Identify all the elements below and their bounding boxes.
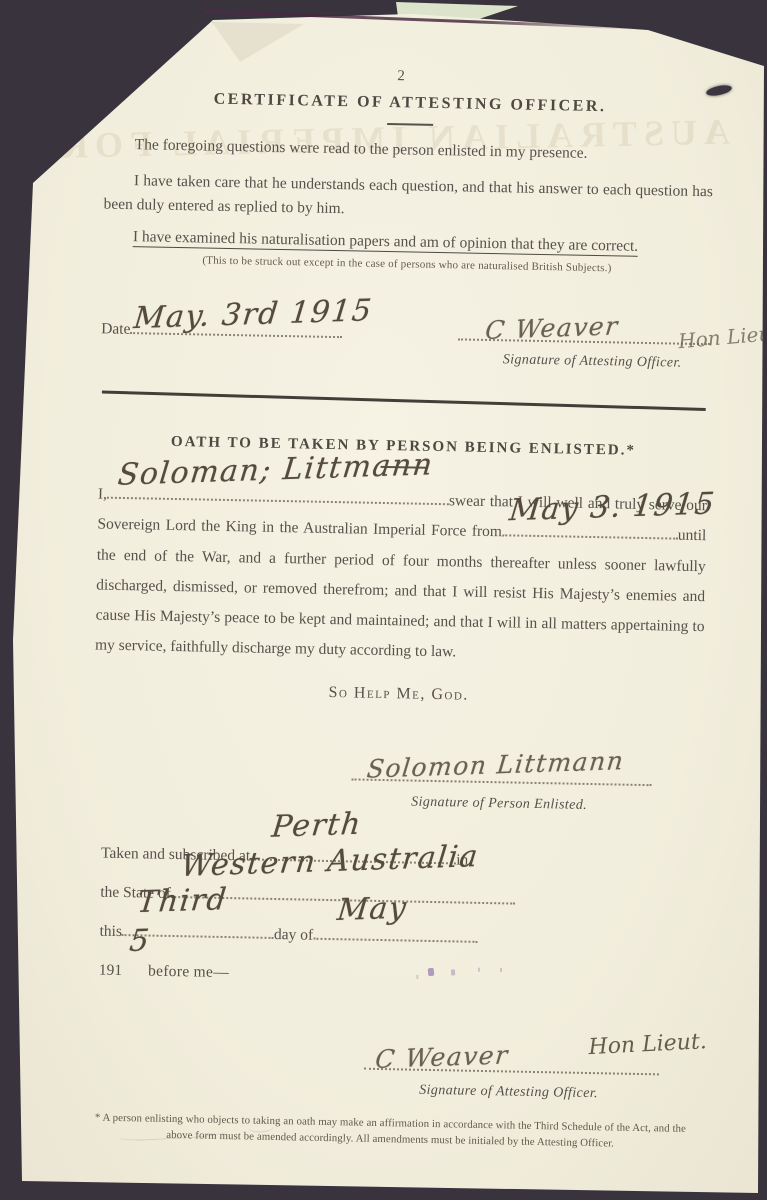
so-help-me-god: So Help Me, God. — [94, 679, 703, 709]
section-divider — [102, 390, 706, 410]
month-line: May — [313, 923, 477, 943]
officer-signature-line: C Weaver — [458, 323, 710, 345]
date-field: DateMay. 3rd 1915 — [101, 317, 343, 343]
handwritten-oath-date: May 3. 1915 — [506, 475, 718, 541]
oath-date-line: May 3. 1915 — [502, 520, 678, 540]
affirmation-footnote: * A person enlisting who objects to taki… — [86, 1110, 695, 1153]
certificate-date-signature-row: DateMay. 3rd 1915 C Weaver Hon Lieut. — [101, 317, 710, 350]
underlined-sentence: I have examined his naturalisation paper… — [133, 228, 639, 257]
title-rule — [387, 123, 433, 126]
year-digit-slot: 5 — [122, 960, 148, 975]
person-signature-block: Solomon Littmann Signature of Person Enl… — [345, 764, 658, 816]
person-signature-label: Signature of Person Enlisted. — [345, 794, 653, 816]
oath-text-2: until the end of the War, and a further … — [95, 527, 707, 661]
page-number: 2 — [106, 63, 697, 91]
bottom-officer-signature-block: Hon Lieut. C Weaver Signature of Attesti… — [345, 1053, 676, 1104]
oath-pronoun: I, — [98, 486, 107, 503]
date-line: May. 3rd 1915 — [130, 317, 342, 338]
date-label: Date — [101, 320, 131, 338]
person-signature-line: Solomon Littmann — [352, 764, 652, 786]
certificate-title: CERTIFICATE OF ATTESTING OFFICER. — [105, 89, 714, 119]
handwritten-officer-signature: C Weaver — [484, 311, 620, 345]
before-me-label: before me— — [148, 962, 229, 981]
handwritten-person-signature: Solomon Littmann — [365, 746, 626, 784]
bottom-officer-signature-label: Signature of Attesting Officer. — [345, 1081, 671, 1103]
certificate-paragraph-1: The foregoing questions were read to the… — [104, 133, 713, 168]
officer-signature-field: C Weaver Hon Lieut. — [458, 323, 710, 350]
handwritten-month: May — [333, 870, 411, 948]
certificate-paragraph-2: I have taken care that he understands ea… — [103, 169, 713, 227]
oath-paragraph: I,Soloman; Littmannswear that I will wel… — [95, 480, 707, 673]
officer-signature-label: Signature of Attesting Officer. — [101, 344, 682, 371]
document-paper: AUSTRALIAN IMPERIAL FORCE 2 CERTIFICATE … — [0, 0, 767, 1200]
this-label: this — [99, 922, 122, 939]
attestation-block: Taken and subscribed atPerthin the State… — [98, 835, 700, 1001]
handwritten-rank: Hon Lieut. — [678, 320, 767, 353]
oath-name-line: Soloman; Littmann — [107, 482, 449, 505]
handwritten-bottom-officer-signature: C Weaver — [373, 1040, 509, 1074]
handwritten-bottom-rank: Hon Lieut. — [588, 1029, 707, 1060]
day-of-label: day of — [274, 926, 313, 944]
document-content: 2 CERTIFICATE OF ATTESTING OFFICER. The … — [0, 0, 767, 1200]
year-prefix: 191 — [99, 961, 123, 978]
handwritten-oath-name: Soloman; Littmann — [115, 436, 437, 505]
scanned-document-scene: AUSTRALIAN IMPERIAL FORCE 2 CERTIFICATE … — [0, 0, 767, 1200]
handwritten-date: May. 3rd 1915 — [132, 293, 374, 336]
